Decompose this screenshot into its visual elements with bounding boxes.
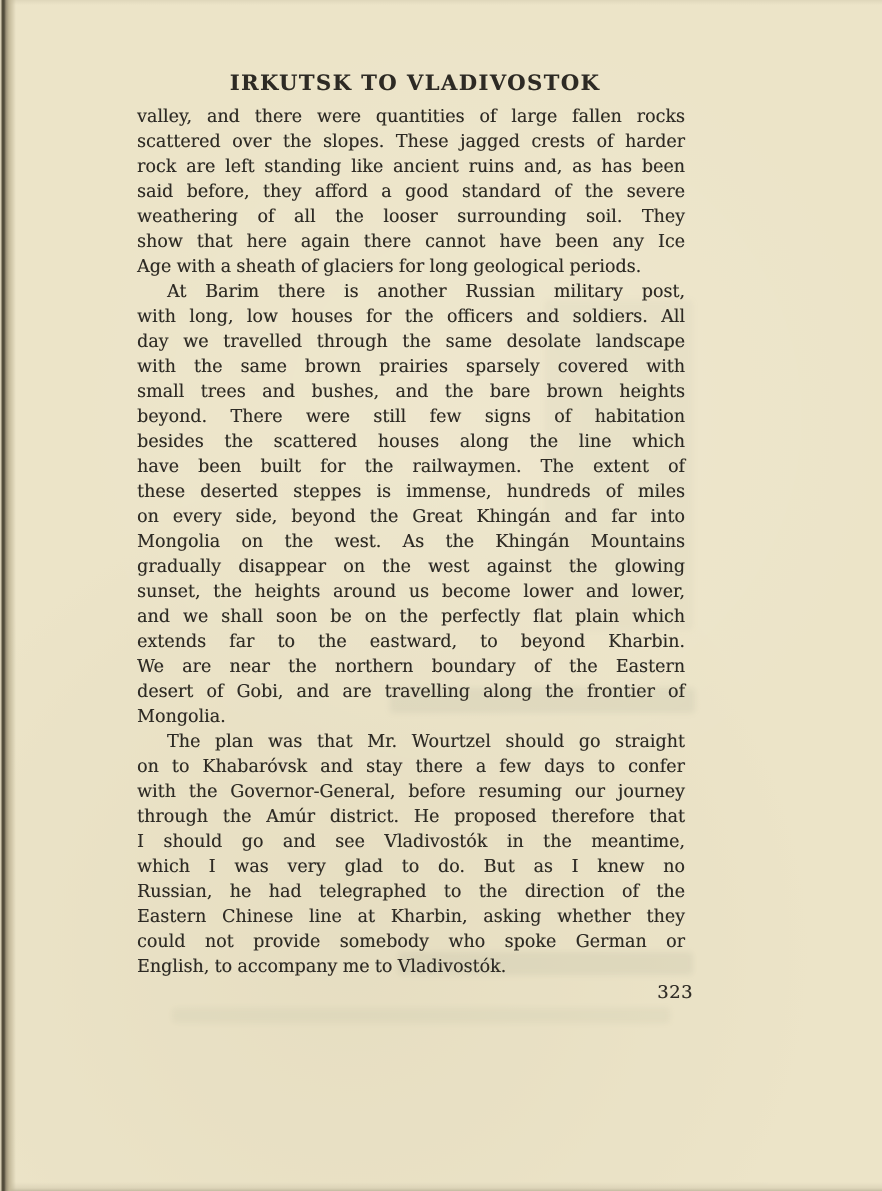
text-line: besidesthescatteredhousesalongthelinewhi… [137,430,685,455]
text-line: showthathereagaintherecannothavebeenanyI… [137,230,685,255]
text-line: Agewithasheathofglaciersforlonggeologica… [137,255,685,280]
text-line: English,toaccompanymetoVladivostók. [137,955,685,980]
text-line: thesedesertedsteppesisimmense,hundredsof… [137,480,685,505]
running-head: IRKUTSK TO VLADIVOSTOK [137,70,693,96]
text-line: EasternChineselineatKharbin,askingwhethe… [137,905,685,930]
text-line: havebeenbuiltfortherailwaymen.Theextento… [137,455,685,480]
text-line: weatheringofalltheloosersurroundingsoil.… [137,205,685,230]
text-line: graduallydisappearonthewestagainsttheglo… [137,555,685,580]
text-line: Mongoliaonthewest.AstheKhingánMountains [137,530,685,555]
show-through-artifact [172,1008,670,1023]
text-line: valley,andtherewerequantitiesoflargefall… [137,105,685,130]
text-line: couldnotprovidesomebodywhospokeGermanor [137,930,685,955]
text-line: sunset,theheightsaroundusbecomelowerandl… [137,580,685,605]
text-line: oneveryside,beyondtheGreatKhingánandfari… [137,505,685,530]
text-line: WearenearthenorthernboundaryoftheEastern [137,655,685,680]
text-line: IshouldgoandseeVladivostókinthemeantime, [137,830,685,855]
page-number: 323 [137,980,693,1005]
text-line: whichIwasverygladtodo.ButasIknewno [137,855,685,880]
text-line: andweshallsoonbeontheperfectlyflatplainw… [137,605,685,630]
text-line: withtheGovernor-General,beforeresumingou… [137,780,685,805]
text-line: withlong,lowhousesfortheofficersandsoldi… [137,305,685,330]
text-line: smalltreesandbushes,andthebarebrownheigh… [137,380,685,405]
text-line: TheplanwasthatMr.Wourtzelshouldgostraigh… [137,730,685,755]
text-line: daywetravelledthroughthesamedesolateland… [137,330,685,355]
text-line: saidbefore,theyaffordagoodstandardofthes… [137,180,685,205]
text-line: ontoKhabaróvskandstaythereafewdaystoconf… [137,755,685,780]
text-line: desertofGobi,andaretravellingalongthefro… [137,680,685,705]
text-line: AtBarimthereisanotherRussianmilitarypost… [137,280,685,305]
text-line: throughtheAmúrdistrict.Heproposedtherefo… [137,805,685,830]
book-page: IRKUTSK TO VLADIVOSTOK valley,andtherewe… [0,0,882,1191]
text-line: Mongolia. [137,705,685,730]
text-line: rockareleftstandinglikeancientruinsand,a… [137,155,685,180]
text-line: withthesamebrownprairiessparselycoveredw… [137,355,685,380]
text-line: Russian,hehadtelegraphedtothedirectionof… [137,880,685,905]
text-line: beyond.Therewerestillfewsignsofhabitatio… [137,405,685,430]
page-text: valley,andtherewerequantitiesoflargefall… [137,105,685,980]
text-line: scatteredovertheslopes.Thesejaggedcrests… [137,130,685,155]
text-line: extendsfartotheeastward,tobeyondKharbin. [137,630,685,655]
